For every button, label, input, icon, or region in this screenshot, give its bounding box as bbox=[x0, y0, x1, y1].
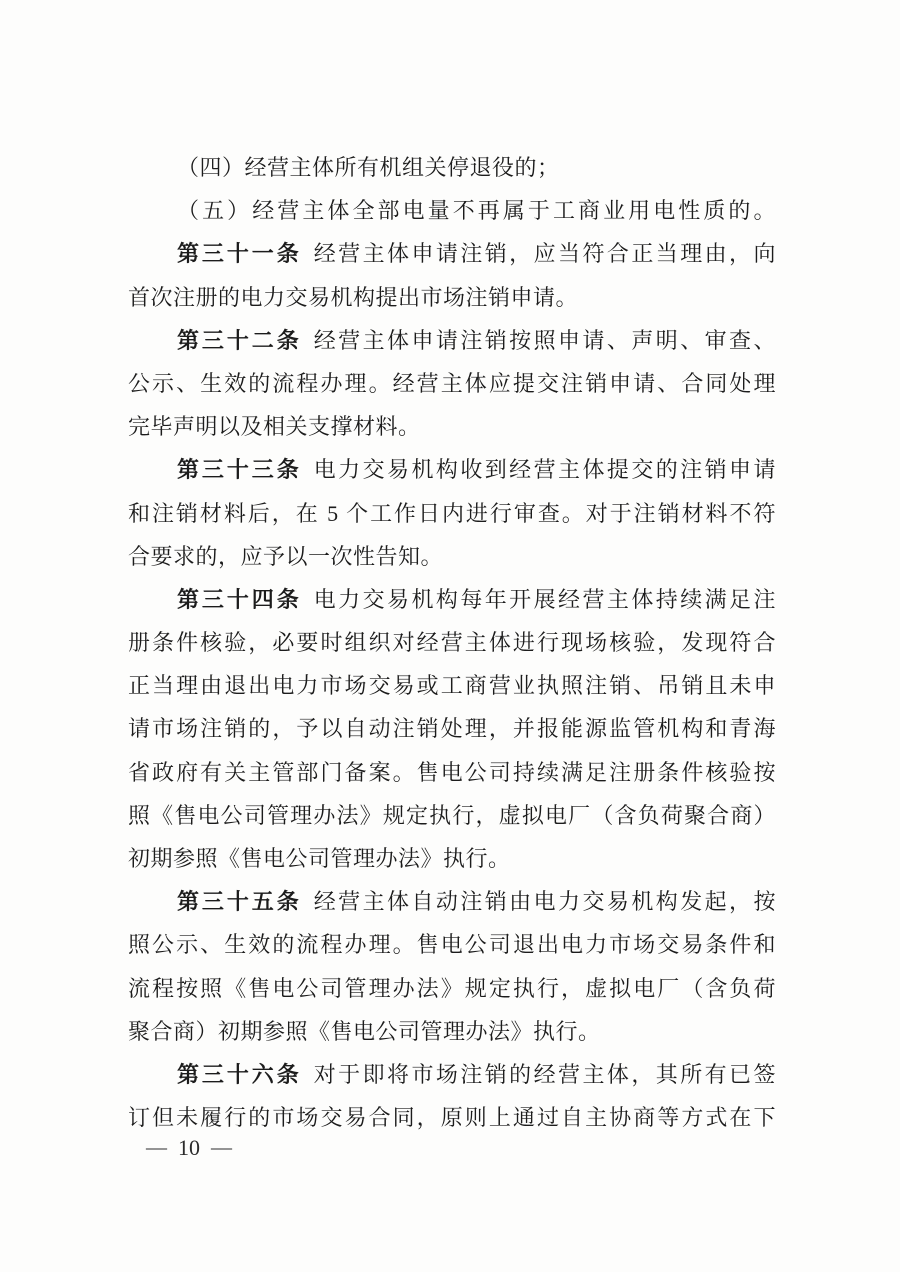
line-text: （五）经营主体全部电量不再属于工商业用电性质的。 bbox=[177, 198, 776, 223]
line-text: 对于即将市场注销的经营主体，其所有已签 bbox=[314, 1062, 776, 1087]
text-line: 册条件核验，必要时组织对经营主体进行现场核验，发现符合 bbox=[128, 621, 776, 664]
text-line: 聚合商）初期参照《售电公司管理办法》执行。 bbox=[128, 1010, 776, 1053]
text-line: 照公示、生效的流程办理。售电公司退出电力市场交易条件和 bbox=[128, 923, 776, 966]
line-text: 电力交易机构收到经营主体提交的注销申请 bbox=[314, 457, 776, 482]
line-text: 照《售电公司管理办法》规定执行，虚拟电厂（含负荷聚合商） bbox=[128, 803, 776, 828]
page-footer: — 10 — bbox=[146, 1132, 232, 1164]
body-text: （四）经营主体所有机组关停退役的；（五）经营主体全部电量不再属于工商业用电性质的… bbox=[128, 146, 776, 1139]
line-text: 聚合商）初期参照《售电公司管理办法》执行。 bbox=[128, 1019, 601, 1044]
line-text: 经营主体自动注销由电力交易机构发起，按 bbox=[314, 889, 776, 914]
article-number: 第三十三条 bbox=[177, 457, 302, 482]
text-line: 请市场注销的，予以自动注销处理，并报能源监管机构和青海 bbox=[128, 707, 776, 750]
line-text: 经营主体申请注销，应当符合正当理由，向 bbox=[314, 241, 776, 266]
article-heading-line: 第三十六条对于即将市场注销的经营主体，其所有已签 bbox=[128, 1053, 776, 1096]
line-text: 订但未履行的市场交易合同，原则上通过自主协商等方式在下 bbox=[128, 1105, 776, 1130]
line-text: 电力交易机构每年开展经营主体持续满足注 bbox=[314, 587, 776, 612]
line-text: 和注销材料后，在 5 个工作日内进行审查。对于注销材料不符 bbox=[128, 501, 776, 526]
article-heading-line: 第三十五条经营主体自动注销由电力交易机构发起，按 bbox=[128, 880, 776, 923]
line-text: 流程按照《售电公司管理办法》规定执行，虚拟电厂（含负荷 bbox=[128, 976, 776, 1001]
line-text: 省政府有关主管部门备案。售电公司持续满足注册条件核验按 bbox=[128, 760, 776, 785]
article-heading-line: 第三十三条电力交易机构收到经营主体提交的注销申请 bbox=[128, 448, 776, 491]
text-line: 合要求的，应予以一次性告知。 bbox=[128, 535, 776, 578]
line-text: 首次注册的电力交易机构提出市场注销申请。 bbox=[128, 285, 578, 310]
article-heading-line: 第三十二条经营主体申请注销按照申请、声明、审查、 bbox=[128, 319, 776, 362]
line-text: 请市场注销的，予以自动注销处理，并报能源监管机构和青海 bbox=[128, 716, 776, 741]
text-line: 公示、生效的流程办理。经营主体应提交注销申请、合同处理 bbox=[128, 362, 776, 405]
text-line: 初期参照《售电公司管理办法》执行。 bbox=[128, 837, 776, 880]
line-text: （四）经营主体所有机组关停退役的； bbox=[177, 155, 560, 180]
page-number-dash-left: — bbox=[146, 1135, 167, 1160]
line-text: 初期参照《售电公司管理办法》执行。 bbox=[128, 846, 511, 871]
line-text: 经营主体申请注销按照申请、声明、审查、 bbox=[314, 328, 776, 353]
line-text: 正当理由退出电力市场交易或工商营业执照注销、吊销且未申 bbox=[128, 673, 776, 698]
line-text: 公示、生效的流程办理。经营主体应提交注销申请、合同处理 bbox=[128, 371, 776, 396]
text-line: 省政府有关主管部门备案。售电公司持续满足注册条件核验按 bbox=[128, 751, 776, 794]
article-heading-line: 第三十一条经营主体申请注销，应当符合正当理由，向 bbox=[128, 232, 776, 275]
text-line: 正当理由退出电力市场交易或工商营业执照注销、吊销且未申 bbox=[128, 664, 776, 707]
page-number: 10 bbox=[178, 1135, 200, 1161]
article-number: 第三十一条 bbox=[177, 241, 302, 266]
text-line: 照《售电公司管理办法》规定执行，虚拟电厂（含负荷聚合商） bbox=[128, 794, 776, 837]
line-text: 合要求的，应予以一次性告知。 bbox=[128, 544, 443, 569]
line-text: 册条件核验，必要时组织对经营主体进行现场核验，发现符合 bbox=[128, 630, 776, 655]
page-number-dash-right: — bbox=[211, 1135, 232, 1160]
text-line: （五）经营主体全部电量不再属于工商业用电性质的。 bbox=[128, 189, 776, 232]
text-line: 流程按照《售电公司管理办法》规定执行，虚拟电厂（含负荷 bbox=[128, 967, 776, 1010]
document-page: （四）经营主体所有机组关停退役的；（五）经营主体全部电量不再属于工商业用电性质的… bbox=[0, 0, 900, 1272]
line-text: 照公示、生效的流程办理。售电公司退出电力市场交易条件和 bbox=[128, 932, 776, 957]
text-line: 和注销材料后，在 5 个工作日内进行审查。对于注销材料不符 bbox=[128, 492, 776, 535]
article-number: 第三十二条 bbox=[177, 328, 302, 353]
text-line: （四）经营主体所有机组关停退役的； bbox=[128, 146, 776, 189]
text-line: 完毕声明以及相关支撑材料。 bbox=[128, 405, 776, 448]
article-number: 第三十五条 bbox=[177, 889, 302, 914]
article-number: 第三十六条 bbox=[177, 1062, 302, 1087]
article-number: 第三十四条 bbox=[177, 587, 302, 612]
line-text: 完毕声明以及相关支撑材料。 bbox=[128, 414, 421, 439]
text-line: 首次注册的电力交易机构提出市场注销申请。 bbox=[128, 276, 776, 319]
article-heading-line: 第三十四条电力交易机构每年开展经营主体持续满足注 bbox=[128, 578, 776, 621]
